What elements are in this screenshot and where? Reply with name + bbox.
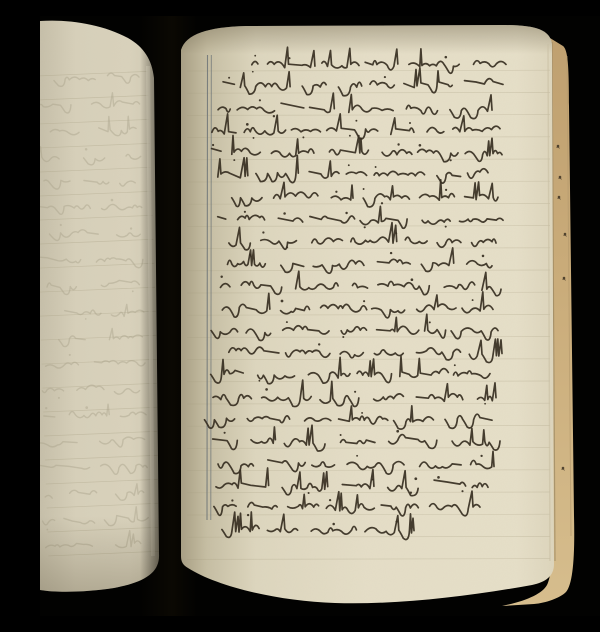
manuscript-photo: Photograph of an open manuscript noteboo… <box>40 16 600 616</box>
right-page-texture <box>175 16 555 616</box>
book-photo-svg: Photograph of an open manuscript noteboo… <box>40 16 600 616</box>
right-page <box>175 16 555 616</box>
